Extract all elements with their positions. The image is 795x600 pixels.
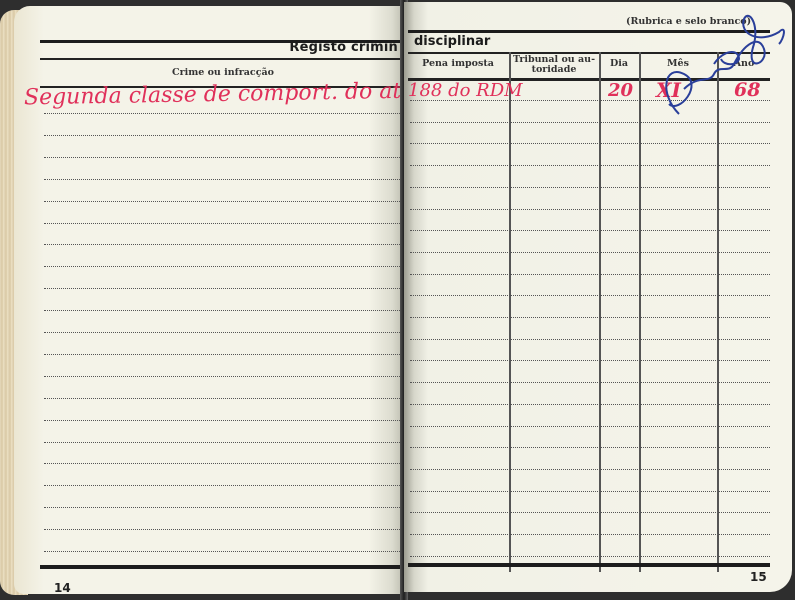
bottom-rule bbox=[40, 565, 406, 569]
dotted-rule bbox=[410, 447, 770, 448]
dotted-rule bbox=[44, 179, 406, 180]
handwritten-entry-crime: Segunda classe de comport. do ato bbox=[24, 79, 415, 111]
dotted-rule bbox=[44, 551, 406, 552]
right-page: (Rubrica e selo branco) disciplinar Pena… bbox=[404, 2, 792, 592]
dotted-rule bbox=[410, 360, 770, 361]
dotted-rule bbox=[44, 463, 406, 464]
dotted-rule bbox=[44, 223, 406, 224]
column-header-pena: Pena imposta bbox=[408, 59, 508, 69]
dotted-rule bbox=[44, 157, 406, 158]
dotted-rule bbox=[44, 398, 406, 399]
dotted-rule bbox=[410, 143, 770, 144]
section-title-left: Registo crimin bbox=[289, 40, 398, 55]
dotted-rule bbox=[410, 230, 770, 231]
dotted-rule bbox=[410, 534, 770, 535]
handwritten-pena: 188 do RDM bbox=[408, 80, 523, 101]
column-divider bbox=[639, 52, 641, 572]
column-divider bbox=[717, 52, 719, 572]
column-divider bbox=[509, 52, 511, 572]
dotted-rule bbox=[410, 317, 770, 318]
dotted-rule bbox=[44, 420, 406, 421]
booklet-scan: Registo crimin Crime ou infracção Segund… bbox=[0, 0, 795, 600]
dotted-rule bbox=[44, 332, 406, 333]
column-divider bbox=[599, 52, 601, 572]
column-header-tribunal: Tribunal ou au- toridade bbox=[510, 55, 598, 75]
dotted-rule bbox=[410, 209, 770, 210]
dotted-rule bbox=[44, 507, 406, 508]
dotted-rule bbox=[44, 135, 406, 136]
section-title-right: disciplinar bbox=[414, 34, 490, 49]
dotted-rule bbox=[44, 442, 406, 443]
dotted-rule bbox=[44, 354, 406, 355]
dotted-rule bbox=[410, 491, 770, 492]
dotted-rule bbox=[410, 165, 770, 166]
tribunal-line2: toridade bbox=[510, 65, 598, 75]
left-page: Registo crimin Crime ou infracção Segund… bbox=[14, 6, 406, 594]
column-header-crime: Crime ou infracção bbox=[40, 68, 406, 78]
dotted-rule bbox=[410, 382, 770, 383]
dotted-rule bbox=[44, 113, 406, 114]
dotted-rule bbox=[410, 469, 770, 470]
bottom-rule-right bbox=[408, 563, 770, 567]
signature-icon bbox=[639, 4, 789, 129]
dotted-rule bbox=[410, 339, 770, 340]
dotted-rule bbox=[410, 187, 770, 188]
dotted-rule bbox=[410, 512, 770, 513]
dotted-rule bbox=[410, 404, 770, 405]
dotted-rule bbox=[44, 288, 406, 289]
handwritten-dia: 20 bbox=[608, 80, 633, 101]
page-number-left: 14 bbox=[54, 581, 71, 595]
dotted-rule bbox=[44, 485, 406, 486]
dotted-rule bbox=[44, 201, 406, 202]
dotted-rule bbox=[44, 244, 406, 245]
column-header-dia: Dia bbox=[600, 59, 638, 69]
dotted-rule bbox=[44, 376, 406, 377]
dotted-rule bbox=[410, 426, 770, 427]
page-number-right: 15 bbox=[750, 570, 767, 584]
dotted-rule bbox=[410, 556, 770, 557]
title-underline bbox=[40, 58, 406, 60]
dotted-rule bbox=[44, 266, 406, 267]
dotted-rule bbox=[410, 295, 770, 296]
dotted-rule bbox=[410, 252, 770, 253]
dotted-rule bbox=[410, 274, 770, 275]
dotted-rule bbox=[44, 310, 406, 311]
dotted-rule bbox=[44, 529, 406, 530]
